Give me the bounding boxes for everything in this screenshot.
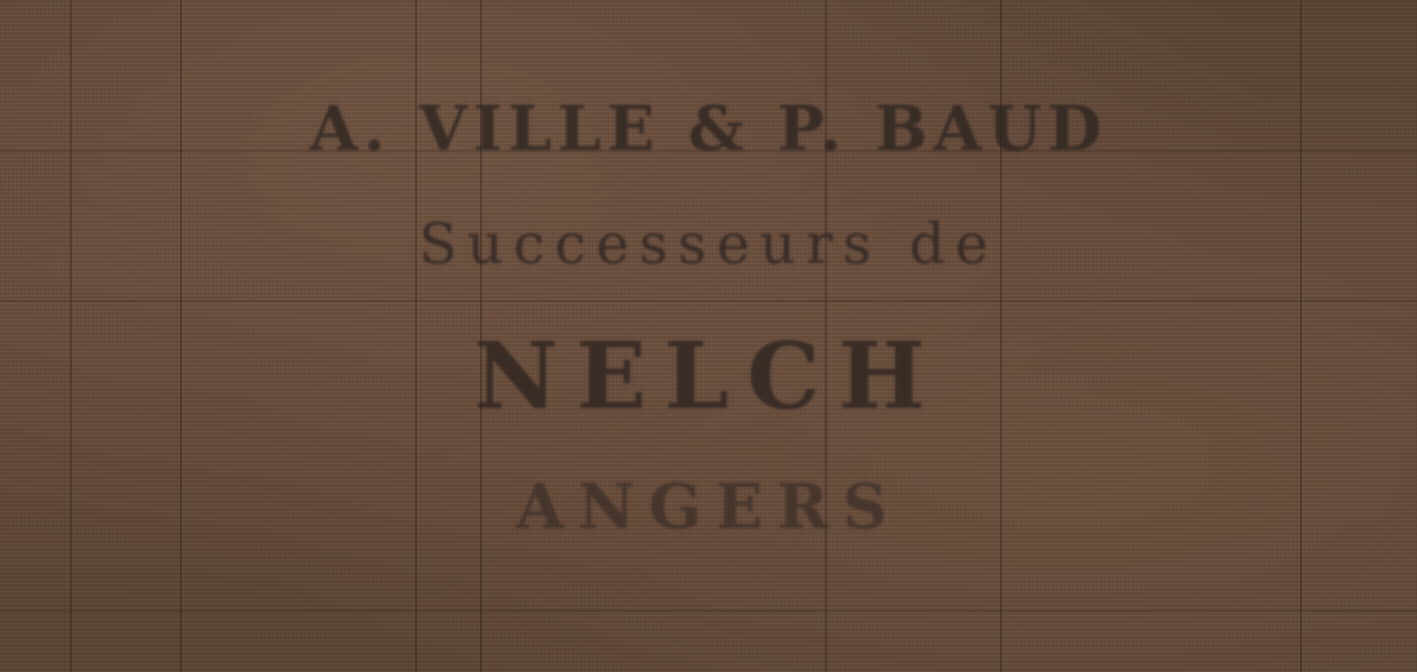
stamp-line-4: ANGERS	[0, 470, 1417, 543]
stamp-line-3: NELCH	[0, 322, 1417, 430]
weave-line	[0, 610, 1417, 612]
weave-line	[0, 300, 1417, 302]
stamp-line-1: A. VILLE & P. BAUD	[0, 92, 1417, 165]
stamp-line-2: Successeurs de	[0, 212, 1417, 277]
cloth-background: A. VILLE & P. BAUD Successeurs de NELCH …	[0, 0, 1417, 672]
